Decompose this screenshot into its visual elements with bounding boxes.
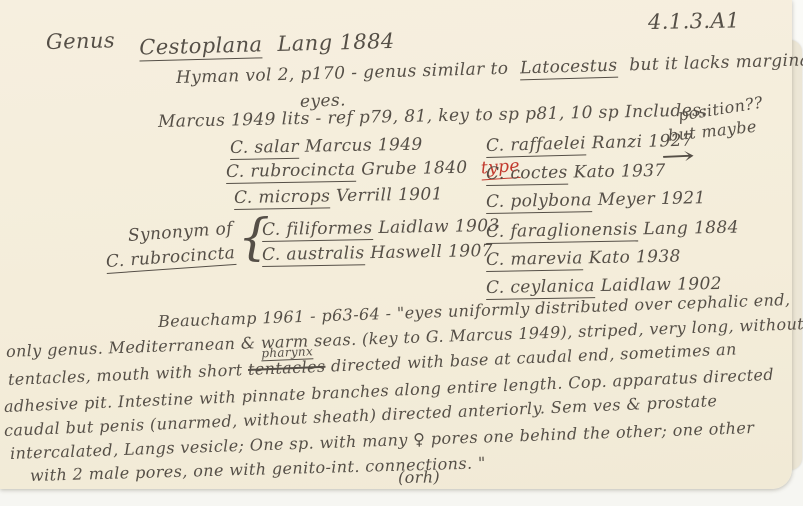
species-name: C. marevia	[486, 248, 583, 272]
species-name: C. salar	[230, 137, 299, 160]
species-authority: Grube 1840	[361, 158, 468, 180]
species-name: C. faraglionensis	[486, 219, 638, 244]
hyman-note-suffix: but it lacks marginal	[629, 50, 803, 75]
species-name: C. rubrocincta	[226, 160, 356, 184]
genus-authority: Lang 1884	[277, 29, 395, 56]
species-item: C. coctes Kato 1937	[486, 161, 666, 184]
description-line3-pre: tentacles, mouth with short	[8, 360, 243, 389]
species-item: C. polybona Meyer 1921	[486, 188, 706, 212]
species-item: C. microps Verrill 1901	[234, 184, 443, 208]
synonym-of-name: C. rubrocincta	[105, 243, 236, 274]
genus-heading: Genus Cestoplana Lang 1884	[46, 21, 395, 56]
species-authority: Ranzi 1927	[592, 131, 694, 154]
species-authority: Laidlaw 1903	[378, 216, 500, 238]
species-authority: Kato 1938	[588, 247, 681, 269]
species-item: C. australis Haswell 1907	[262, 241, 493, 265]
inserted-word: pharynx	[261, 344, 313, 361]
species-item: C. salar Marcus 1949	[230, 135, 423, 158]
species-item: C. rubrocincta Grube 1840 type	[226, 157, 521, 184]
species-authority: Meyer 1921	[598, 188, 706, 210]
species-authority: Kato 1937	[573, 161, 666, 183]
species-authority: Lang 1884	[643, 218, 739, 240]
hyman-note: Hyman vol 2, p170 - genus similar to Lat…	[176, 50, 803, 88]
genus-name: Cestoplana	[139, 32, 263, 61]
species-authority: Haswell 1907	[370, 241, 493, 263]
species-name: C. polybona	[486, 190, 592, 214]
species-name: C. coctes	[486, 163, 568, 186]
species-item: C. faraglionensis Lang 1884	[486, 218, 739, 242]
catalog-number: 4.1.3.A1	[648, 8, 740, 34]
marcus-note: Marcus 1949 lits - ref p79, 81, key to s…	[158, 100, 708, 132]
species-name: C. filiformes	[262, 218, 373, 242]
species-item: C. filiformes Laidlaw 1903	[262, 216, 500, 240]
genus-label: Genus	[46, 28, 116, 54]
species-name: C. microps	[234, 186, 331, 210]
species-authority: Verrill 1901	[336, 184, 443, 206]
compared-genus-name: Latocestus	[520, 56, 618, 81]
corrected-word: tentacles pharynx	[248, 357, 326, 379]
species-item: C. marevia Kato 1938	[486, 247, 681, 270]
species-name: C. australis	[262, 243, 365, 267]
synonym-label-line2: C. rubrocincta	[105, 243, 236, 272]
synonym-label-line1: Synonym of	[127, 219, 233, 246]
initials: (orh)	[398, 467, 440, 487]
species-name: C. raffaelei	[486, 133, 587, 158]
index-card: 4.1.3.A1 Genus Cestoplana Lang 1884 Hyma…	[0, 0, 792, 489]
scan-background: 4.1.3.A1 Genus Cestoplana Lang 1884 Hyma…	[0, 0, 803, 506]
hyman-note-prefix: Hyman vol 2, p170 - genus similar to	[176, 59, 509, 88]
species-authority: Marcus 1949	[305, 135, 423, 157]
